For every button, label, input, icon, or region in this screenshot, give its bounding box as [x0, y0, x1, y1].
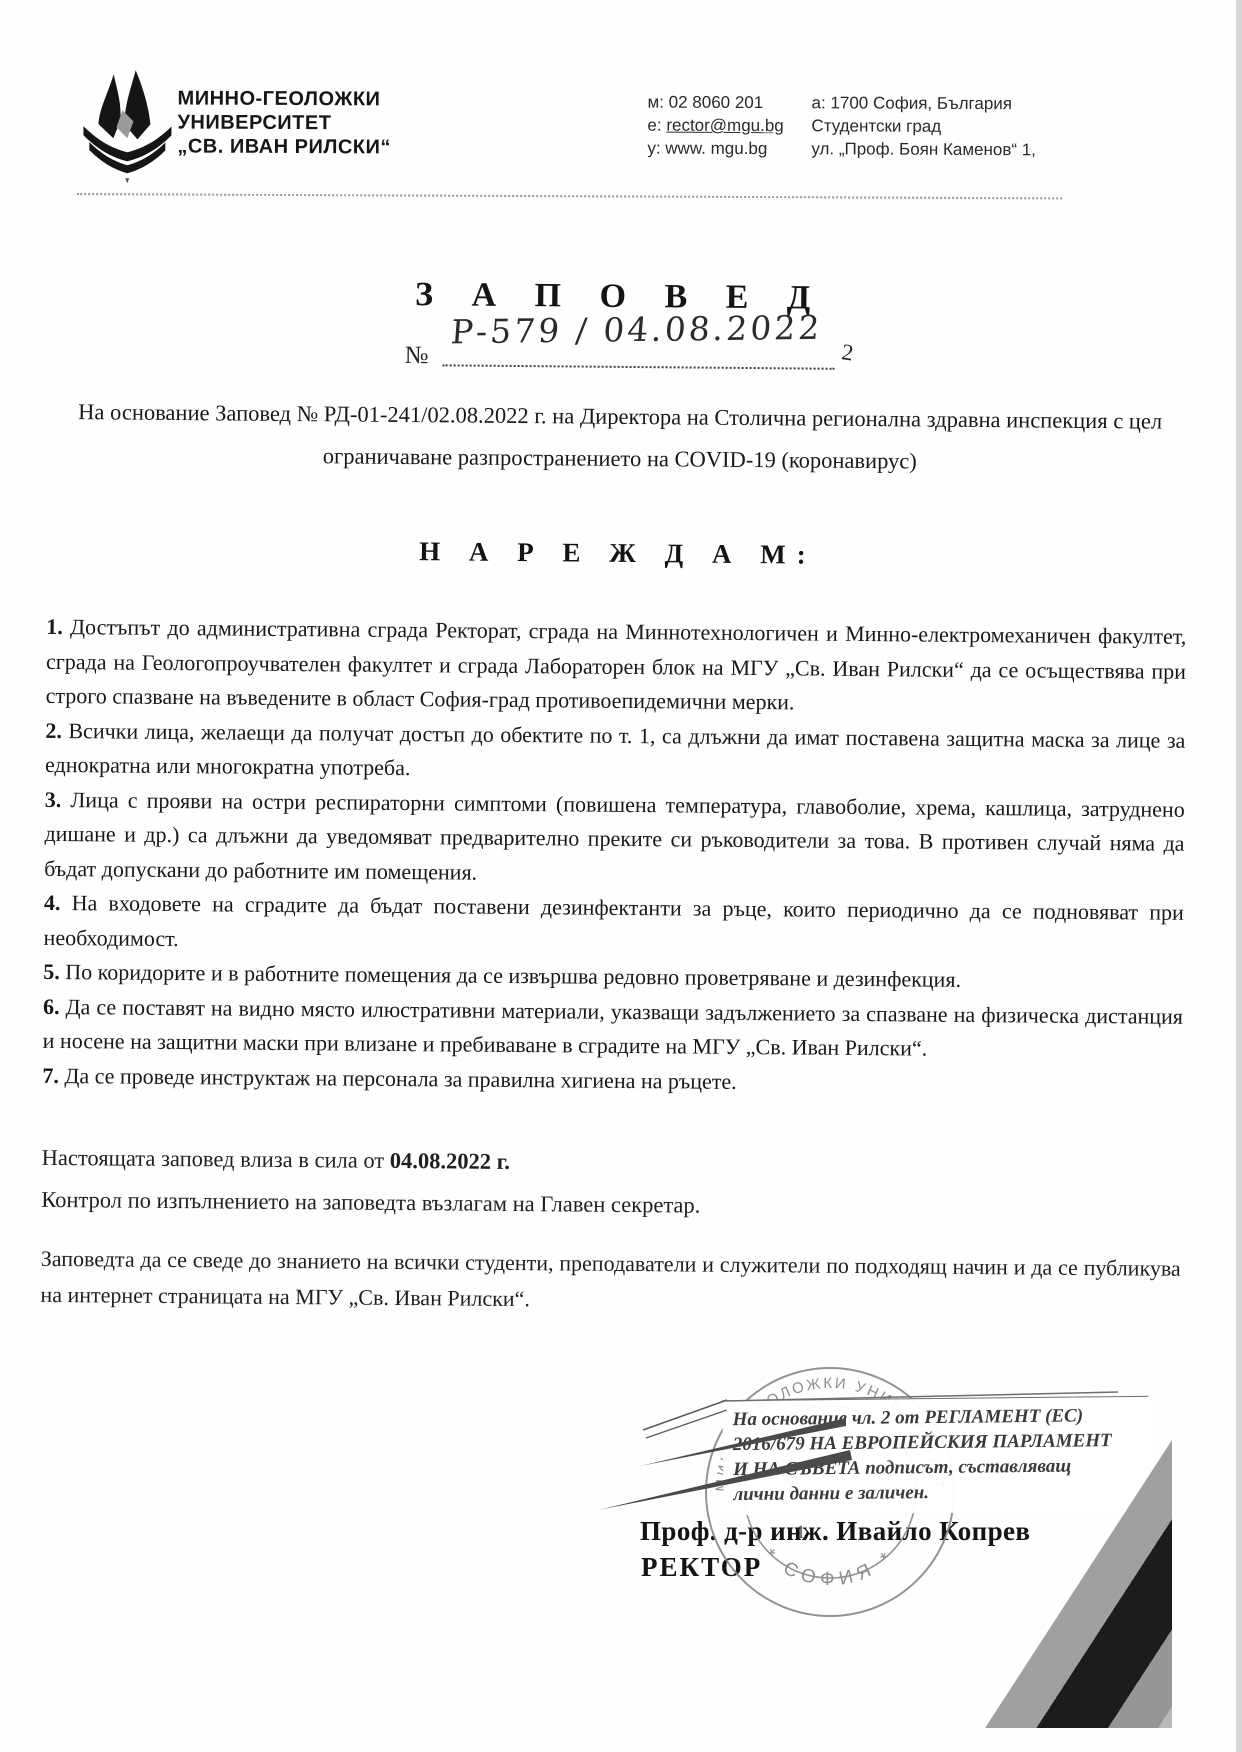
contact-block-left: м: 02 8060 201 е: rector@mgu.bg у: www. …	[647, 91, 784, 161]
address-line3: ул. „Проф. Боян Каменов“ 1,	[811, 137, 1036, 161]
phone-line: м: 02 8060 201	[648, 91, 784, 115]
university-name-line2: УНИВЕРСИТЕТ	[177, 111, 391, 136]
dotted-fill-line	[443, 364, 835, 369]
handwritten-suffix: 2	[839, 339, 854, 366]
item-number: 5.	[43, 959, 60, 984]
item-text: Да се поставят на видно място илюстратив…	[43, 994, 1183, 1061]
gdpr-redaction-notice: На основание чл. 2 от РЕГЛАМЕНТ (ЕС) 201…	[722, 1396, 1149, 1515]
order-item-2: 2. Всички лица, желаещи да получат достъ…	[45, 713, 1186, 792]
scan-edge-strip	[1236, 0, 1242, 1752]
order-item-1: 1. Достъпът до административна сграда Ре…	[46, 610, 1187, 723]
header-divider	[77, 193, 1062, 199]
item-text: Лица с прояви на остри респираторни симп…	[44, 787, 1185, 885]
item-number: 7.	[42, 1062, 59, 1087]
gdpr-line4: лични данни е заличен.	[733, 1478, 1145, 1507]
legal-basis-paragraph: На основание Заповед № РД-01-241/02.08.2…	[50, 391, 1191, 485]
distribution-paragraph: Заповедта да се сведе до знанието на вси…	[40, 1241, 1181, 1323]
item-text: Достъпът до административна сграда Ректо…	[46, 614, 1187, 714]
effective-date: 04.08.2022 г.	[390, 1148, 510, 1174]
number-sign: №	[405, 342, 429, 370]
email-address: rector@mgu.bg	[666, 116, 784, 136]
stamp-center-mark: 1	[796, 1522, 806, 1543]
university-name-line1: МИННО-ГЕОЛОЖКИ	[178, 87, 392, 112]
address-line1: а: 1700 София, България	[812, 91, 1037, 115]
scanned-order-document: МИННО-ГЕОЛОЖКИ УНИВЕРСИТЕТ „СВ. ИВАН РИЛ…	[0, 0, 1242, 1752]
stamp-bottom-text: * СОФИЯ *	[760, 1545, 901, 1590]
item-number: 1.	[46, 614, 63, 639]
item-text: Всички лица, желаещи да получат достъп д…	[45, 718, 1185, 780]
order-item-3: 3. Лица с прояви на остри респираторни с…	[44, 782, 1185, 895]
svg-text:* СОФИЯ *: * СОФИЯ *	[760, 1545, 901, 1590]
item-text: По коридорите и в работните помещения да…	[65, 959, 961, 992]
address-line2: Студентски град	[811, 114, 1036, 138]
gdpr-line2: 2016/679 НА ЕВРОПЕЙСКИЯ ПАРЛАМЕНТ	[733, 1428, 1145, 1457]
order-number-row: № Р-579 / 04.08.2022 2	[405, 324, 835, 380]
effective-prefix: Настоящата заповед влиза в сила от	[42, 1145, 385, 1173]
item-number: 6.	[43, 993, 60, 1018]
website-line: у: www. mgu.bg	[647, 137, 783, 161]
university-name-line3: „СВ. ИВАН РИЛСКИ“	[177, 135, 391, 160]
email-label: е:	[647, 116, 666, 135]
handwritten-order-number: Р-579 / 04.08.2022	[449, 308, 823, 352]
item-text: Да се проведе инструктаж на персонала за…	[64, 1063, 737, 1094]
email-line: е: rector@mgu.bg	[647, 114, 783, 138]
contact-block-right: а: 1700 София, България Студентски град …	[811, 91, 1036, 161]
item-number: 3.	[45, 786, 62, 811]
order-item-6: 6. Да се поставят на видно място илюстра…	[43, 989, 1184, 1068]
letterhead: МИННО-ГЕОЛОЖКИ УНИВЕРСИТЕТ „СВ. ИВАН РИЛ…	[0, 0, 1242, 215]
command-heading: Н А Р Е Ж Д А М:	[0, 532, 1239, 574]
document-body: З А П О В Е Д № Р-579 / 04.08.2022 2 На …	[0, 204, 1242, 1323]
control-line: Контрол по изпълнението на заповедта въз…	[41, 1179, 1181, 1231]
item-number: 4.	[44, 890, 61, 915]
order-item-4: 4. На входовете на сградите да бъдат пос…	[43, 886, 1184, 965]
university-logo-icon	[77, 68, 178, 186]
item-number: 2.	[45, 717, 62, 742]
university-name: МИННО-ГЕОЛОЖКИ УНИВЕРСИТЕТ „СВ. ИВАН РИЛ…	[177, 87, 391, 160]
order-items: 1. Достъпът до административна сграда Ре…	[42, 610, 1186, 1103]
item-text: На входовете на сградите да бъдат постав…	[44, 890, 1184, 950]
